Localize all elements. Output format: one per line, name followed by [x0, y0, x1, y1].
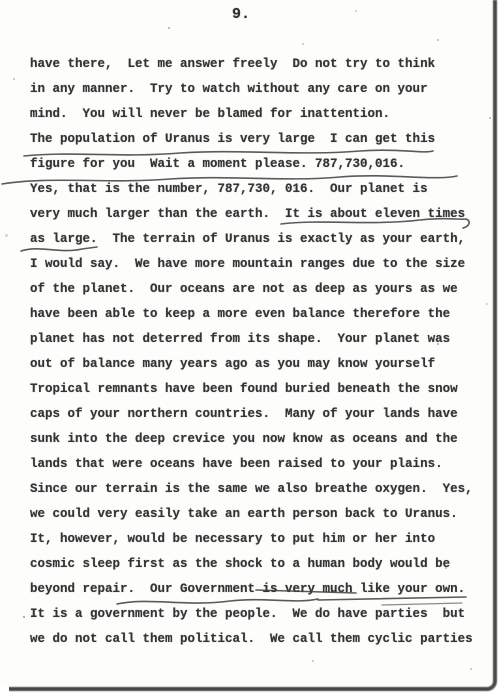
noise-dot — [486, 303, 488, 305]
text-line: as large. The terrain of Uranus is exact… — [30, 227, 473, 252]
noise-dot — [23, 616, 25, 618]
noise-dot — [13, 78, 15, 80]
text-line: lands that were oceans have been raised … — [30, 452, 473, 477]
text-line: Yes, that is the number, 787,730, 016. O… — [30, 177, 473, 202]
text-line: It, however, would be necessary to put h… — [30, 527, 473, 552]
noise-dot — [168, 27, 170, 29]
noise-dot — [294, 187, 296, 189]
text-line: cosmic sleep first as the shock to a hum… — [30, 552, 473, 577]
scan-edge-fade — [0, 686, 9, 694]
noise-dot — [445, 567, 447, 569]
text-line: of the planet. Our oceans are not as dee… — [30, 277, 473, 302]
text-line: have been able to keep a more even balan… — [30, 302, 473, 327]
text-line: The population of Uranus is very large I… — [30, 127, 473, 152]
noise-dot — [355, 10, 357, 12]
typewritten-text-block: have there, Let me answer freely Do not … — [30, 52, 473, 652]
text-line: Tropical remnants have been found buried… — [30, 377, 473, 402]
text-line: in any manner. Try to watch without any … — [30, 77, 473, 102]
text-line: very much larger than the earth. It is a… — [30, 202, 473, 227]
noise-dot — [437, 39, 439, 41]
noise-dot — [5, 234, 8, 237]
text-line: out of balance many years ago as you may… — [30, 352, 473, 377]
text-line: beyond repair. Our Government is very mu… — [30, 577, 473, 602]
text-line: mind. You will never be blamed for inatt… — [30, 102, 473, 127]
text-line: figure for you Wait a moment please. 787… — [30, 152, 473, 177]
text-line: sunk into the deep crevice you now know … — [30, 427, 473, 452]
noise-dot — [489, 117, 491, 119]
text-line: Since our terrain is the same we also br… — [30, 477, 473, 502]
noise-dot — [470, 668, 472, 670]
text-line: I would say. We have more mountain range… — [30, 252, 473, 277]
text-line: we could very easily take an earth perso… — [30, 502, 473, 527]
noise-dot — [312, 660, 314, 662]
noise-dot — [302, 43, 304, 45]
text-line: planet has not deterred from its shape. … — [30, 327, 473, 352]
text-line: It is a government by the people. We do … — [30, 602, 473, 627]
page-number: 9. — [232, 6, 250, 23]
text-line: caps of your northern countries. Many of… — [30, 402, 473, 427]
scanned-document-page: 9. have there, Let me answer freely Do n… — [0, 0, 504, 698]
noise-dot — [437, 343, 439, 345]
text-line: we do not call them political. We call t… — [30, 627, 473, 652]
text-line: have there, Let me answer freely Do not … — [30, 52, 473, 77]
